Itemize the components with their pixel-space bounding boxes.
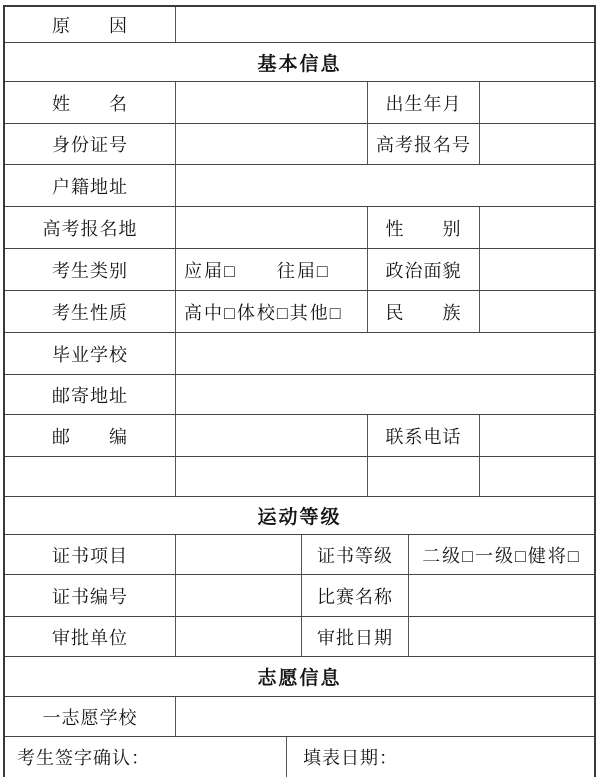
preference-section-header: 志愿信息 <box>5 657 594 696</box>
reason-label: 原 因 <box>5 7 176 42</box>
approval-unit-label: 审批单位 <box>5 617 176 656</box>
row-footer: 考生签字确认： 填表日期： <box>5 737 594 777</box>
row-household-address: 户籍地址 <box>5 165 594 207</box>
political-status-label: 政治面貌 <box>368 249 480 290</box>
ethnicity-label: 民 族 <box>368 291 480 332</box>
graduation-school-input-cell[interactable] <box>176 333 594 374</box>
mailing-address-label: 邮寄地址 <box>5 375 176 414</box>
row-mailing-address: 邮寄地址 <box>5 375 594 415</box>
political-status-input-cell[interactable] <box>480 249 594 290</box>
household-address-input-cell[interactable] <box>176 165 594 206</box>
zip-code-label: 邮 编 <box>5 415 176 456</box>
empty-cell-3[interactable] <box>368 457 480 496</box>
cert-number-input-cell[interactable] <box>176 575 302 616</box>
empty-cell-4[interactable] <box>480 457 594 496</box>
mailing-address-input-cell[interactable] <box>176 375 594 414</box>
fill-date-cell[interactable]: 填表日期： <box>287 737 594 777</box>
id-number-input-cell[interactable] <box>176 124 368 164</box>
candidate-nature-checkboxes[interactable]: 高中□体校□其他□ <box>176 291 368 332</box>
row-reason: 原 因 <box>5 7 594 43</box>
row-empty <box>5 457 594 497</box>
row-first-choice: 一志愿学校 <box>5 697 594 737</box>
row-sport-header: 运动等级 <box>5 497 594 535</box>
cert-level-checkboxes[interactable]: 二级□一级□健将□ <box>409 535 594 574</box>
exam-reg-place-input-cell[interactable] <box>176 207 368 248</box>
candidate-category-label: 考生类别 <box>5 249 176 290</box>
cert-event-input-cell[interactable] <box>176 535 302 574</box>
cert-level-label: 证书等级 <box>302 535 409 574</box>
exam-reg-number-input-cell[interactable] <box>480 124 594 164</box>
signature-confirm-cell[interactable]: 考生签字确认： <box>5 737 287 777</box>
phone-input-cell[interactable] <box>480 415 594 456</box>
graduation-school-label: 毕业学校 <box>5 333 176 374</box>
row-basic-header: 基本信息 <box>5 43 594 82</box>
approval-unit-input-cell[interactable] <box>176 617 302 656</box>
application-form-table: 原 因 基本信息 姓 名 出生年月 身份证号 高考报名号 户籍地址 高考报名地 … <box>3 5 596 777</box>
approval-date-input-cell[interactable] <box>409 617 594 656</box>
basic-info-section-header: 基本信息 <box>5 43 594 81</box>
household-address-label: 户籍地址 <box>5 165 176 206</box>
ethnicity-input-cell[interactable] <box>480 291 594 332</box>
competition-name-label: 比赛名称 <box>302 575 409 616</box>
row-approval: 审批单位 审批日期 <box>5 617 594 657</box>
row-name-birth: 姓 名 出生年月 <box>5 82 594 124</box>
cert-number-label: 证书编号 <box>5 575 176 616</box>
row-id-examno: 身份证号 高考报名号 <box>5 124 594 165</box>
row-preference-header: 志愿信息 <box>5 657 594 697</box>
sport-level-section-header: 运动等级 <box>5 497 594 534</box>
cert-event-label: 证书项目 <box>5 535 176 574</box>
phone-label: 联系电话 <box>368 415 480 456</box>
zip-code-input-cell[interactable] <box>176 415 368 456</box>
row-examplace-gender: 高考报名地 性 别 <box>5 207 594 249</box>
name-input-cell[interactable] <box>176 82 368 123</box>
exam-reg-number-label: 高考报名号 <box>368 124 480 164</box>
name-label: 姓 名 <box>5 82 176 123</box>
candidate-nature-label: 考生性质 <box>5 291 176 332</box>
row-certno-competition: 证书编号 比赛名称 <box>5 575 594 617</box>
reason-input-cell[interactable] <box>176 7 594 42</box>
first-choice-school-label: 一志愿学校 <box>5 697 176 736</box>
id-number-label: 身份证号 <box>5 124 176 164</box>
birth-date-input-cell[interactable] <box>480 82 594 123</box>
competition-name-input-cell[interactable] <box>409 575 594 616</box>
empty-cell-1[interactable] <box>5 457 176 496</box>
exam-reg-place-label: 高考报名地 <box>5 207 176 248</box>
first-choice-school-input-cell[interactable] <box>176 697 594 736</box>
row-cert-event-level: 证书项目 证书等级 二级□一级□健将□ <box>5 535 594 575</box>
row-graduation-school: 毕业学校 <box>5 333 594 375</box>
gender-input-cell[interactable] <box>480 207 594 248</box>
candidate-category-checkboxes[interactable]: 应届□ 往届□ <box>176 249 368 290</box>
row-zip-phone: 邮 编 联系电话 <box>5 415 594 457</box>
approval-date-label: 审批日期 <box>302 617 409 656</box>
gender-label: 性 别 <box>368 207 480 248</box>
birth-date-label: 出生年月 <box>368 82 480 123</box>
row-category-political: 考生类别 应届□ 往届□ 政治面貌 <box>5 249 594 291</box>
empty-cell-2[interactable] <box>176 457 368 496</box>
row-nature-ethnicity: 考生性质 高中□体校□其他□ 民 族 <box>5 291 594 333</box>
